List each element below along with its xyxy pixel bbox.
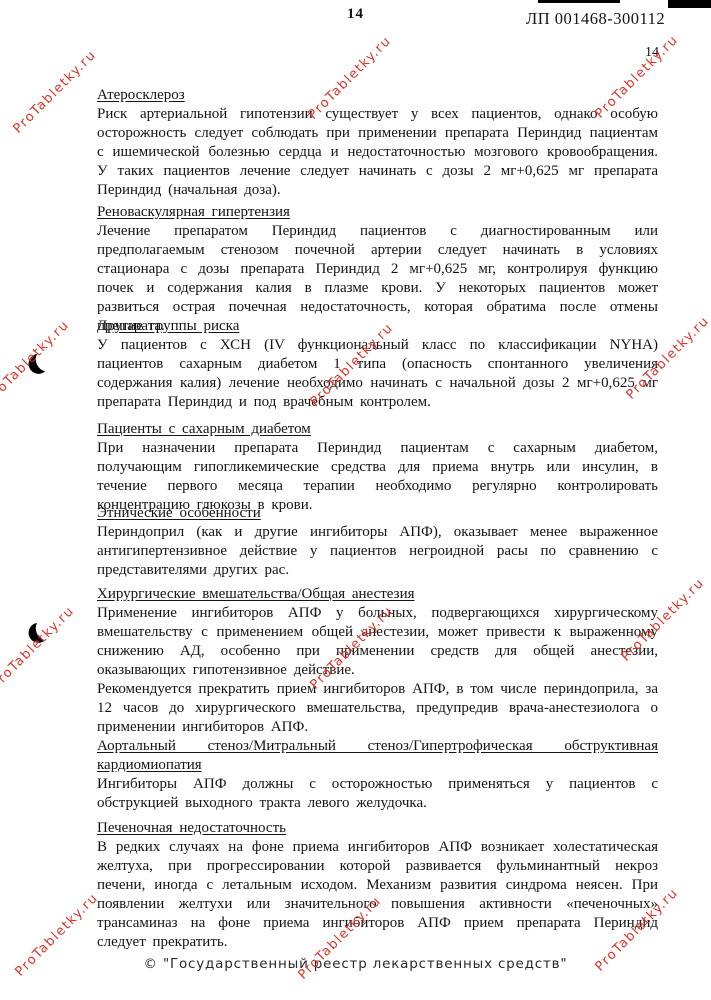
page-number-corner: 14: [645, 45, 659, 61]
watermark: ProTabletky.ru: [0, 603, 78, 692]
state-register-copyright: © "Государственный реестр лекарственных …: [0, 956, 711, 972]
section-heading: Этнические особенности: [97, 504, 658, 523]
section-ethnic-features: Этнические особенности Периндоприл (как …: [97, 504, 658, 580]
section-hepatic-failure: Печеночная недостаточность В редких случ…: [97, 819, 658, 952]
section-paragraph: Риск артериальной гипотензии существует …: [97, 105, 658, 200]
section-paragraph: У пациентов с ХСН (IV функциональный кла…: [97, 336, 658, 412]
registration-number: ЛП 001468-300112: [526, 9, 665, 29]
watermark: ProTabletky.ru: [10, 47, 99, 136]
section-aortic-mitral-stenosis: Аортальный стеноз/Митральный стеноз/Гипе…: [97, 737, 658, 813]
section-heading: Хирургические вмешательства/Общая анесте…: [97, 585, 658, 604]
section-heading: Атеросклероз: [97, 86, 658, 105]
crescent-scan-artifact: [23, 619, 48, 649]
section-heading: Пациенты с сахарным диабетом: [97, 420, 658, 439]
section-heading-line: Аортальный стеноз/Митральный стеноз/Гипе…: [97, 737, 658, 756]
scan-artifact-bar: [538, 0, 620, 3]
section-heading: Реноваскулярная гипертензия: [97, 203, 658, 222]
section-diabetes-patients: Пациенты с сахарным диабетом При назначе…: [97, 420, 658, 515]
scanned-document-page: 14 ЛП 001468-300112 14 Атеросклероз Риск…: [0, 0, 711, 1000]
section-paragraph: В редких случаях на фоне приема ингибито…: [97, 838, 658, 952]
section-surgery-anesthesia: Хирургические вмешательства/Общая анесте…: [97, 585, 658, 737]
section-heading-line: кардиомиопатия: [97, 756, 658, 775]
section-paragraph: Ингибиторы АПФ должны с осторожностью пр…: [97, 775, 658, 813]
section-paragraph: Рекомендуется прекратить прием ингибитор…: [97, 680, 658, 737]
section-atherosclerosis: Атеросклероз Риск артериальной гипотензи…: [97, 86, 658, 200]
section-paragraph: Применение ингибиторов АПФ у больных, по…: [97, 604, 658, 680]
section-paragraph: Периндоприл (как и другие ингибиторы АПФ…: [97, 523, 658, 580]
crescent-scan-artifact: [23, 350, 48, 380]
section-heading: Печеночная недостаточность: [97, 819, 658, 838]
section-other-risk-groups: Другие группы риска У пациентов с ХСН (I…: [97, 317, 658, 412]
section-heading: Другие группы риска: [97, 317, 658, 336]
